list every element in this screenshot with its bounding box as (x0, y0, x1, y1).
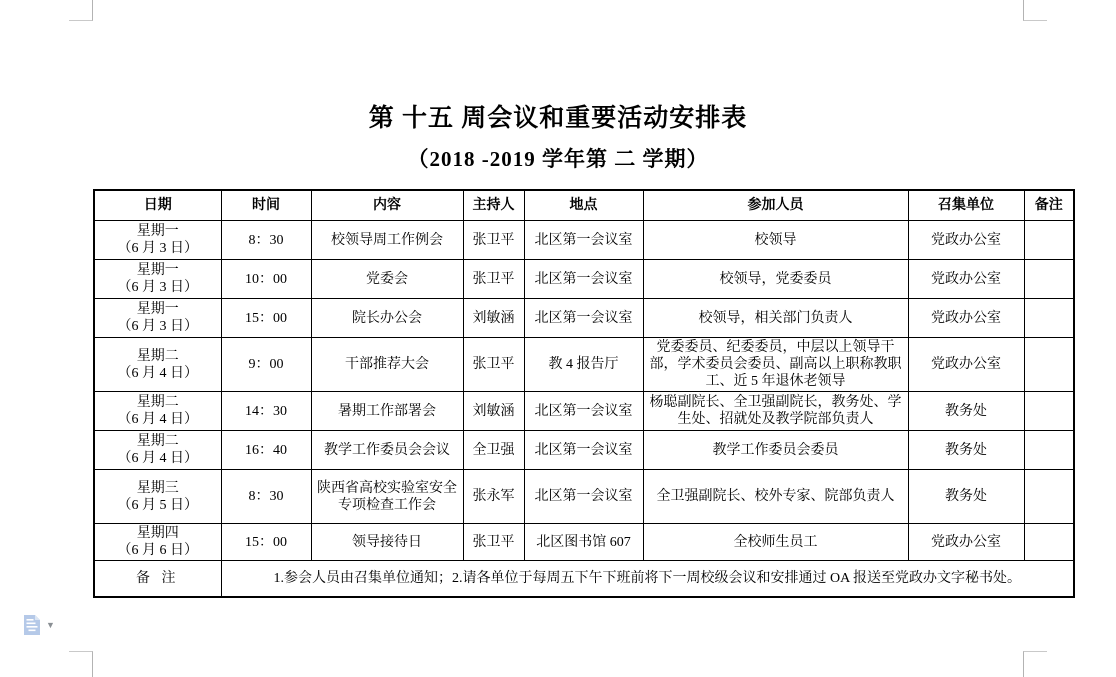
cell-date: 星期二（6 月 4 日） (94, 431, 221, 470)
cell-location: 北区第一会议室 (524, 392, 643, 431)
cell-time: 8：30 (221, 221, 311, 260)
cell-host: 张卫平 (463, 221, 524, 260)
cell-content: 校领导周工作例会 (311, 221, 463, 260)
paste-icon (24, 615, 40, 635)
date-day: （6 月 3 日） (97, 279, 219, 296)
cell-content: 党委会 (311, 260, 463, 299)
cell-unit: 党政办公室 (908, 338, 1024, 392)
cell-participants: 校领导 (643, 221, 908, 260)
date-weekday: 星期三 (97, 480, 219, 497)
header-remark: 备注 (1024, 190, 1074, 221)
date-day: （6 月 3 日） (97, 240, 219, 257)
date-weekday: 星期二 (97, 433, 219, 450)
date-weekday: 星期一 (97, 262, 219, 279)
header-unit: 召集单位 (908, 190, 1024, 221)
cell-host: 张永军 (463, 470, 524, 524)
cell-location: 北区第一会议室 (524, 431, 643, 470)
schedule-row: 星期二（6 月 4 日）14：30暑期工作部署会刘敏涵北区第一会议室杨聪副院长、… (94, 392, 1074, 431)
cell-host: 张卫平 (463, 524, 524, 561)
cell-time: 16：40 (221, 431, 311, 470)
cell-time: 15：00 (221, 299, 311, 338)
cell-participants: 校领导，党委委员 (643, 260, 908, 299)
cell-remark (1024, 392, 1074, 431)
header-date: 日期 (94, 190, 221, 221)
document-page: 第 十五 周会议和重要活动安排表 （2018 -2019 学年第 二 学期） 日… (0, 0, 1116, 677)
date-day: （6 月 6 日） (97, 542, 219, 559)
cell-remark (1024, 470, 1074, 524)
cell-participants: 校领导，相关部门负责人 (643, 299, 908, 338)
cell-remark (1024, 431, 1074, 470)
cell-host: 张卫平 (463, 338, 524, 392)
cell-unit: 教务处 (908, 470, 1024, 524)
cell-content: 陕西省高校实验室安全专项检查工作会 (311, 470, 463, 524)
header-location: 地点 (524, 190, 643, 221)
cell-host: 刘敏涵 (463, 299, 524, 338)
cell-date: 星期三（6 月 5 日） (94, 470, 221, 524)
dropdown-arrow-icon[interactable]: ▼ (46, 620, 55, 630)
schedule-row: 星期一（6 月 3 日）10：00党委会张卫平北区第一会议室校领导，党委委员党政… (94, 260, 1074, 299)
date-day: （6 月 5 日） (97, 497, 219, 514)
cell-unit: 党政办公室 (908, 299, 1024, 338)
date-weekday: 星期一 (97, 301, 219, 318)
cell-unit: 教务处 (908, 431, 1024, 470)
cell-host: 张卫平 (463, 260, 524, 299)
cell-location: 北区图书馆 607 (524, 524, 643, 561)
cell-participants: 党委委员、纪委委员，中层以上领导干部，学术委员会委员、副高以上职称教职工、近 5… (643, 338, 908, 392)
note-label-cell: 备 注 (94, 561, 221, 598)
schedule-row: 星期一（6 月 3 日）15：00院长办公会刘敏涵北区第一会议室校领导，相关部门… (94, 299, 1074, 338)
cell-date: 星期一（6 月 3 日） (94, 221, 221, 260)
date-day: （6 月 4 日） (97, 365, 219, 382)
cell-location: 北区第一会议室 (524, 470, 643, 524)
cell-content: 院长办公会 (311, 299, 463, 338)
date-weekday: 星期一 (97, 223, 219, 240)
cell-unit: 党政办公室 (908, 524, 1024, 561)
cell-location: 北区第一会议室 (524, 221, 643, 260)
date-day: （6 月 4 日） (97, 411, 219, 428)
cell-content: 教学工作委员会会议 (311, 431, 463, 470)
margin-crop-mark-top-right (1023, 0, 1047, 21)
cell-participants: 全卫强副院长、校外专家、院部负责人 (643, 470, 908, 524)
margin-crop-mark-bottom-left (69, 651, 93, 677)
schedule-table: 日期 时间 内容 主持人 地点 参加人员 召集单位 备注 星期一（6 月 3 日… (93, 189, 1075, 598)
cell-participants: 全校师生员工 (643, 524, 908, 561)
note-row: 备 注 1.参会人员由召集单位通知；2.请各单位于每周五下午下班前将下一周校级会… (94, 561, 1074, 598)
cell-remark (1024, 338, 1074, 392)
cell-date: 星期二（6 月 4 日） (94, 338, 221, 392)
cell-location: 教 4 报告厅 (524, 338, 643, 392)
margin-crop-mark-top-left (69, 0, 93, 21)
date-day: （6 月 3 日） (97, 318, 219, 335)
cell-date: 星期二（6 月 4 日） (94, 392, 221, 431)
cell-content: 干部推荐大会 (311, 338, 463, 392)
cell-time: 9：00 (221, 338, 311, 392)
header-host: 主持人 (463, 190, 524, 221)
cell-date: 星期一（6 月 3 日） (94, 260, 221, 299)
cell-participants: 杨聪副院长、全卫强副院长，教务处、学生处、招就处及教学院部负责人 (643, 392, 908, 431)
cell-unit: 党政办公室 (908, 260, 1024, 299)
schedule-row: 星期二（6 月 4 日）9：00干部推荐大会张卫平教 4 报告厅党委委员、纪委委… (94, 338, 1074, 392)
cell-remark (1024, 260, 1074, 299)
date-weekday: 星期二 (97, 348, 219, 365)
date-day: （6 月 4 日） (97, 450, 219, 467)
cell-content: 暑期工作部署会 (311, 392, 463, 431)
cell-host: 刘敏涵 (463, 392, 524, 431)
header-content: 内容 (311, 190, 463, 221)
cell-participants: 教学工作委员会委员 (643, 431, 908, 470)
date-weekday: 星期四 (97, 525, 219, 542)
margin-crop-mark-bottom-right (1023, 651, 1047, 677)
cell-remark (1024, 299, 1074, 338)
cell-host: 全卫强 (463, 431, 524, 470)
cell-unit: 教务处 (908, 392, 1024, 431)
cell-date: 星期一（6 月 3 日） (94, 299, 221, 338)
cell-time: 14：30 (221, 392, 311, 431)
page-subtitle: （2018 -2019 学年第 二 学期） (0, 143, 1116, 173)
date-weekday: 星期二 (97, 394, 219, 411)
cell-location: 北区第一会议室 (524, 299, 643, 338)
cell-time: 15：00 (221, 524, 311, 561)
cell-content: 领导接待日 (311, 524, 463, 561)
schedule-row: 星期三（6 月 5 日）8：30陕西省高校实验室安全专项检查工作会张永军北区第一… (94, 470, 1074, 524)
schedule-row: 星期一（6 月 3 日）8：30校领导周工作例会张卫平北区第一会议室校领导党政办… (94, 221, 1074, 260)
note-text-cell: 1.参会人员由召集单位通知；2.请各单位于每周五下午下班前将下一周校级会议和安排… (221, 561, 1074, 598)
header-row: 日期 时间 内容 主持人 地点 参加人员 召集单位 备注 (94, 190, 1074, 221)
page-title: 第 十五 周会议和重要活动安排表 (0, 98, 1116, 134)
paste-options-button[interactable]: ▼ (24, 612, 66, 638)
cell-unit: 党政办公室 (908, 221, 1024, 260)
cell-remark (1024, 221, 1074, 260)
cell-time: 8：30 (221, 470, 311, 524)
schedule-row: 星期四（6 月 6 日）15：00领导接待日张卫平北区图书馆 607全校师生员工… (94, 524, 1074, 561)
cell-location: 北区第一会议室 (524, 260, 643, 299)
header-participants: 参加人员 (643, 190, 908, 221)
schedule-row: 星期二（6 月 4 日）16：40教学工作委员会会议全卫强北区第一会议室教学工作… (94, 431, 1074, 470)
cell-date: 星期四（6 月 6 日） (94, 524, 221, 561)
cell-remark (1024, 524, 1074, 561)
cell-time: 10：00 (221, 260, 311, 299)
header-time: 时间 (221, 190, 311, 221)
